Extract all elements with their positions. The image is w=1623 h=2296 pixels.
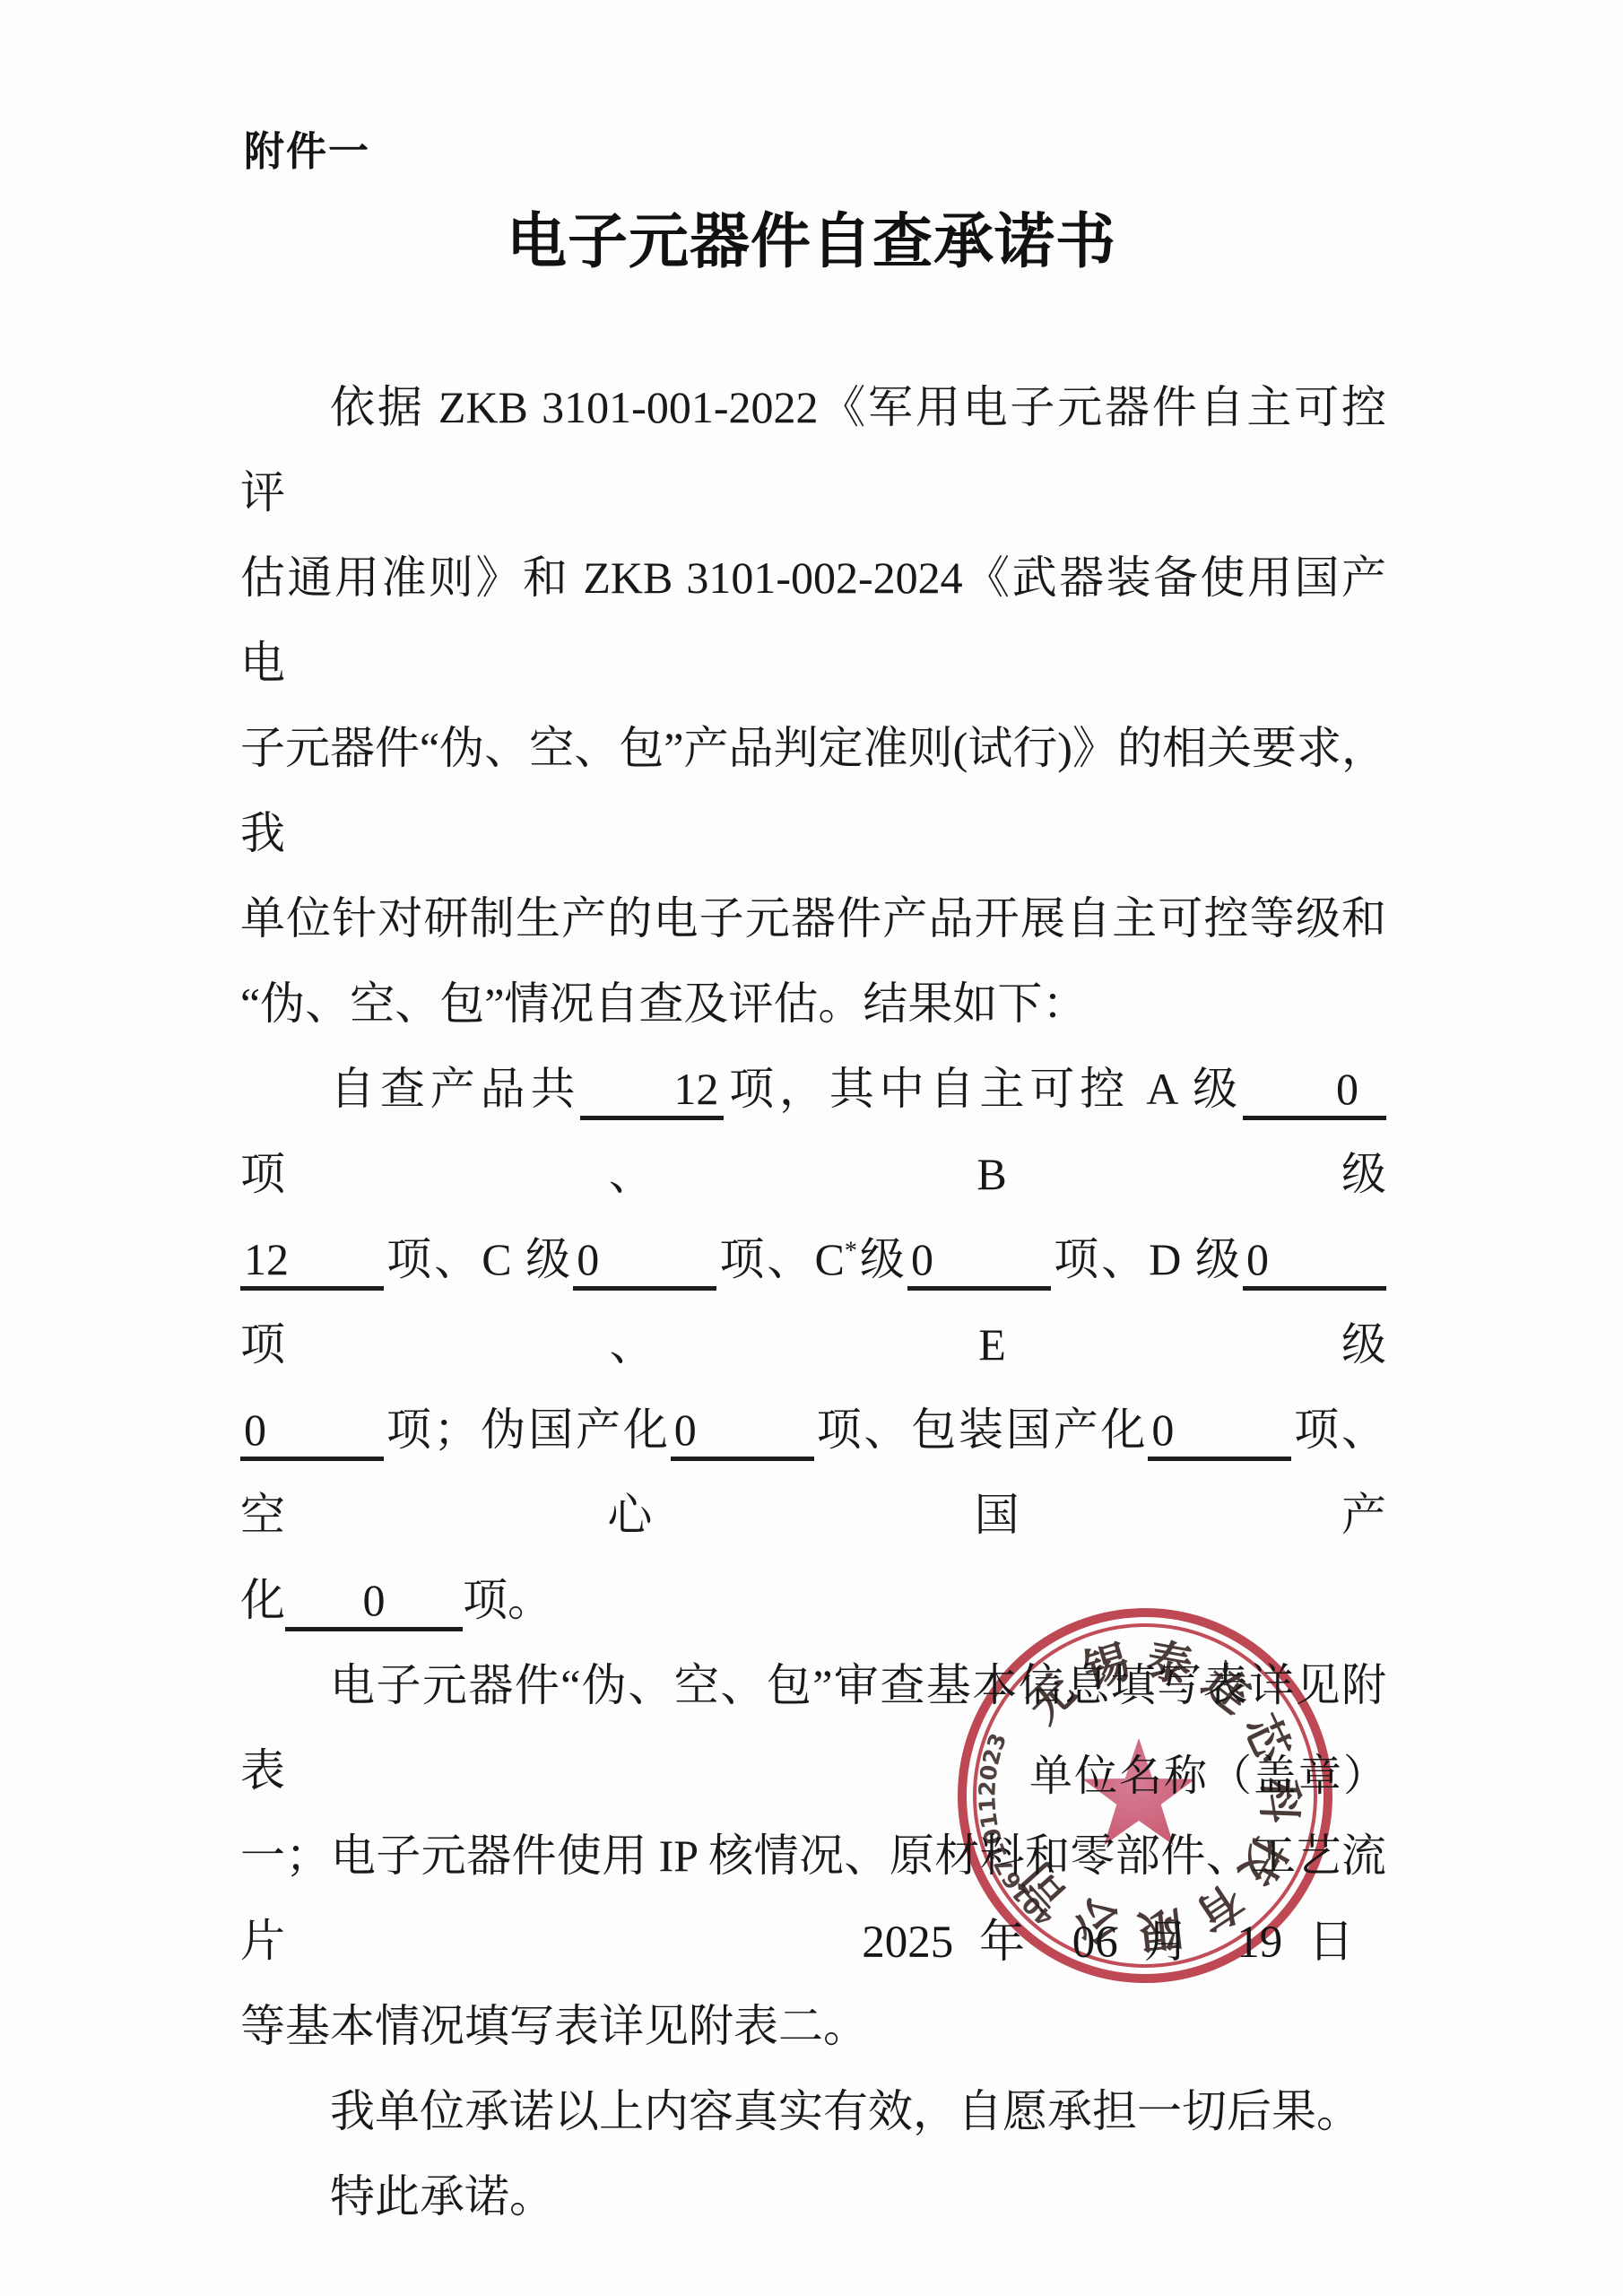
document-line-stats: 自查产品共12项，其中自主可控 A 级0项、B 级: [240, 1047, 1386, 1217]
document-line: 子元器件“伪、空、包”产品判定准则(试行)》的相关要求，我: [240, 706, 1386, 876]
line-text: 项、E 级: [240, 1319, 1386, 1370]
date-day-unit: 日: [1308, 1918, 1354, 1968]
line-text: 自查产品共: [330, 1064, 580, 1114]
line-text: 项、D 级: [1051, 1234, 1243, 1284]
document-line: 等基本情况填写表详见附表二。: [240, 1984, 1386, 2069]
date-line: 2025 年 06 月 19 日: [862, 1916, 1354, 1970]
document-line: 单位针对研制生产的电子元器件产品开展自主可控等级和: [240, 876, 1386, 961]
page-title: 电子元器件自查承诺书: [0, 212, 1623, 272]
blank-value: 0: [285, 1575, 463, 1631]
line-text: 化: [240, 1575, 285, 1625]
blank-value: 0: [1243, 1234, 1386, 1291]
document-line-stats: 12项、C 级0项、C*级0项、D 级0项、E 级: [240, 1217, 1386, 1387]
document-line: 依据 ZKB 3101-001-2022《军用电子元器件自主可控评: [240, 365, 1386, 535]
blank-value: 0: [1148, 1405, 1291, 1461]
line-text: 项。: [463, 1575, 552, 1625]
line-text: 级: [857, 1234, 907, 1284]
blank-value: 0: [671, 1405, 814, 1461]
document-line-stats: 0项；伪国产化0项、包装国产化0项、空心国产: [240, 1387, 1386, 1558]
document-line-stats: 化0项。: [240, 1558, 1386, 1643]
document-line: 估通用准则》和 ZKB 3101-002-2024《武器装备使用国产电: [240, 535, 1386, 706]
blank-value: 0: [573, 1234, 716, 1291]
document-line: “伪、空、包”情况自查及评估。结果如下：: [240, 961, 1386, 1047]
line-text: 项；伪国产化: [384, 1405, 671, 1455]
line-text: 项、包装国产化: [814, 1405, 1149, 1455]
blank-value: 0: [240, 1405, 384, 1461]
line-text: 项、C: [716, 1234, 845, 1284]
line-text: 项、B 级: [240, 1149, 1386, 1199]
document-line: 我单位承诺以上内容真实有效，自愿承担一切后果。: [240, 2069, 1386, 2154]
blank-value: 12: [580, 1064, 724, 1120]
signature-label: 单位名称（盖章）: [1029, 1751, 1388, 1803]
document-line: 特此承诺。: [240, 2154, 1386, 2239]
date-day: 19: [1237, 1918, 1282, 1968]
attachment-label: 附件一: [244, 131, 370, 171]
date-month-unit: 月: [1143, 1918, 1189, 1968]
blank-value: 0: [907, 1234, 1051, 1291]
blank-value: 0: [1243, 1064, 1386, 1120]
blank-value: 12: [240, 1234, 384, 1291]
line-text: 项、C 级: [384, 1234, 573, 1284]
date-month: 06: [1072, 1918, 1118, 1968]
line-text: 项，其中自主可控 A 级: [724, 1064, 1243, 1114]
date-year-unit: 年: [979, 1918, 1025, 1968]
date-year: 2025: [862, 1918, 953, 1968]
document-page: 附件一 电子元器件自查承诺书 依据 ZKB 3101-001-2022《军用电子…: [0, 0, 1623, 2296]
line-text: *: [845, 1237, 857, 1265]
